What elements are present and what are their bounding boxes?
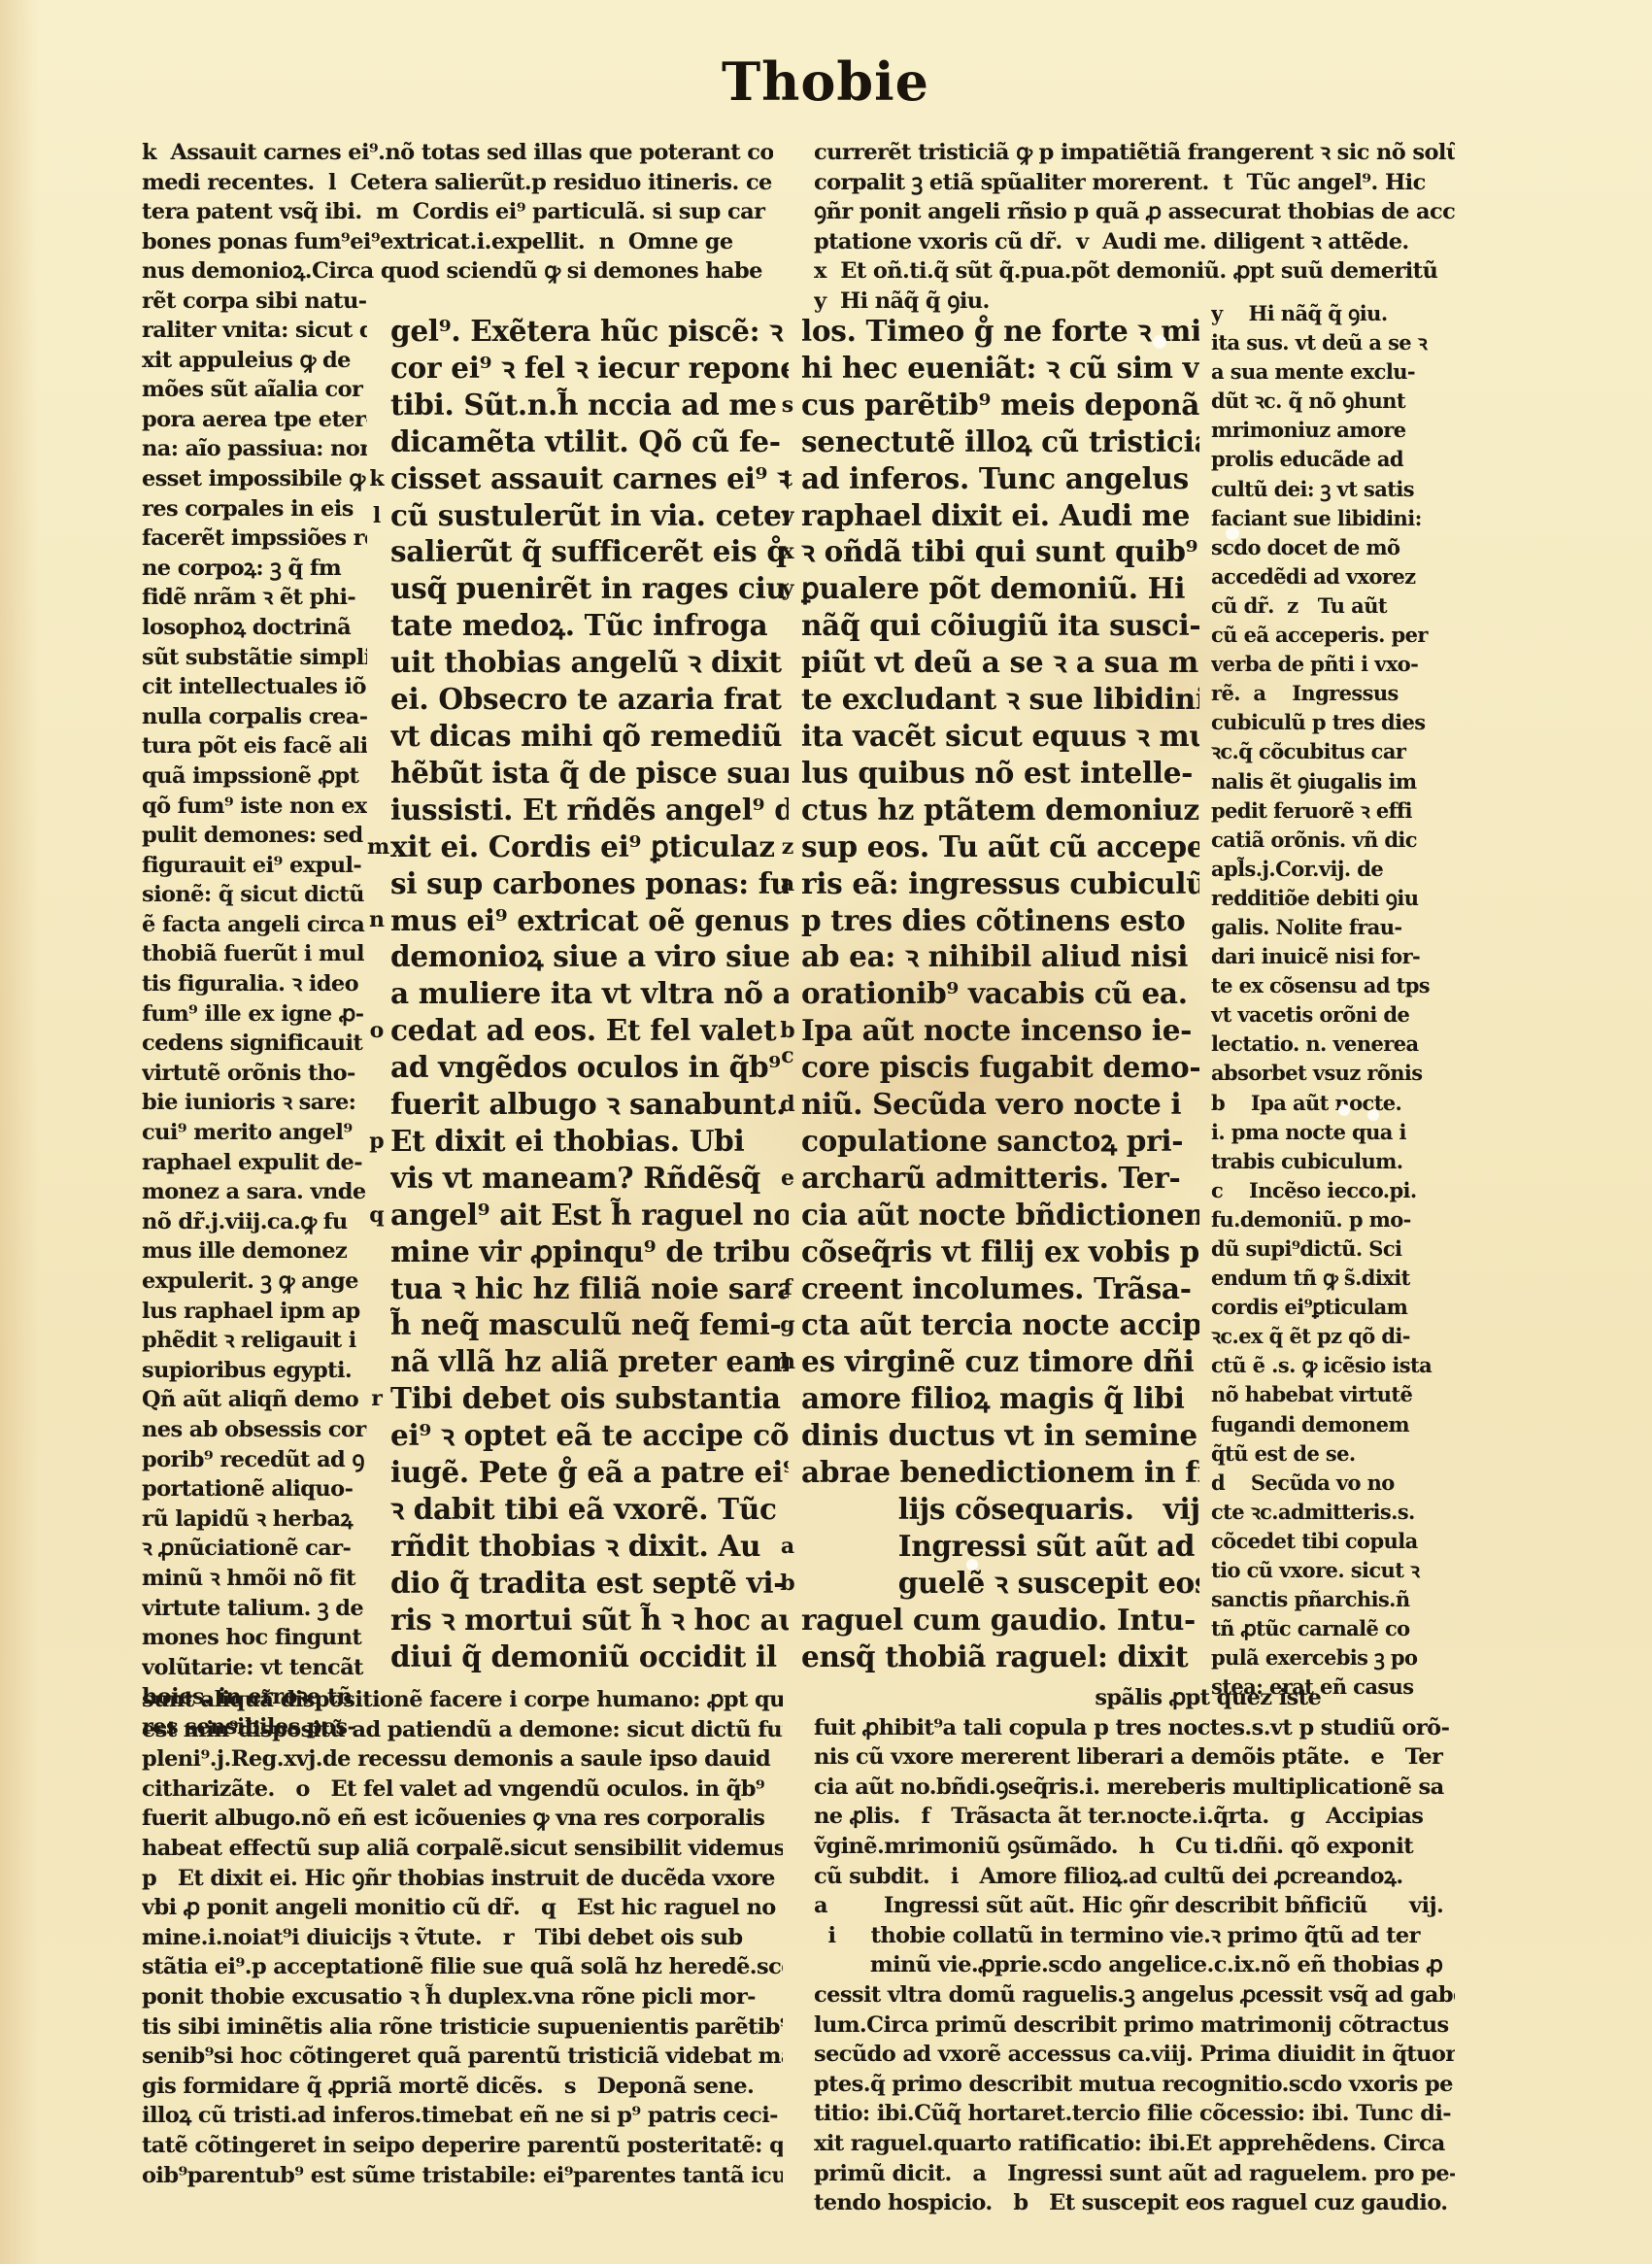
text-line: creent incolumes. Trãsa- (801, 1270, 1199, 1307)
text-line: iussisti. Et rñdẽs angel⁹ di (390, 792, 789, 828)
text-line: na: aĩo passiua: non (142, 434, 367, 464)
text-line: ita vacẽt sicut equus ꝛ mu (801, 718, 1199, 755)
text-line: k Assauit carnes ei⁹.nõ totas sed illas … (142, 138, 773, 168)
text-line: facerẽt impssiões rõ (142, 524, 367, 554)
text-line: oib⁹parentub⁹ est sũme tristabile: ei⁹pa… (142, 2161, 783, 2191)
text-line: amore filioꝝ magis q̃ libi (801, 1380, 1199, 1417)
text-line: a muliere ita vt vltra nõ ac (390, 975, 789, 1012)
text-line: qõ fum⁹ iste non ex (142, 792, 367, 822)
text-line: trabis cubiculum. (1211, 1147, 1444, 1176)
text-line: ei⁹ ꝛ optet eã te accipe cõ- (390, 1417, 789, 1454)
text-line: ponit thobie excusatio ꝛ h̃ duplex.vna r… (142, 1982, 783, 2012)
text-line: ita sus. vt deũ a se ꝛ (1211, 328, 1444, 357)
gloss-column-right: y Hi nãq̃ q̃ ꝯiu.ita sus. vt deũ a se ꝛa… (1211, 299, 1444, 1703)
margin-reference-letter: r (367, 1386, 387, 1411)
text-line: ptatione vxoris cũ dr̃. v Audi me. dilig… (814, 227, 1455, 257)
text-line: portationẽ aliquo- (142, 1474, 367, 1504)
text-line: tendo hospicio. b Et suscepit eos raguel… (814, 2188, 1455, 2218)
text-line: mones hoc fingunt (142, 1623, 367, 1653)
text-line: tñ ꝓtũc carnalẽ co (1211, 1614, 1444, 1643)
text-line: thobiã fuerũt i mul (142, 939, 367, 969)
text-line: abrae benedictionem in fi (801, 1454, 1199, 1491)
text-line: galis. Nolite frau- (1211, 913, 1444, 942)
text-line: bones ponas fum⁹ei⁹extricat.i.expellit. … (142, 227, 773, 257)
text-line: es virginẽ cuz timore dñi (801, 1343, 1199, 1380)
text-line: core piscis fugabit demo- (801, 1049, 1199, 1086)
text-line: pulit demones: sed (142, 821, 367, 851)
text-line: Et dixit ei thobias. Ubi (390, 1123, 789, 1160)
paper-hole (1226, 526, 1239, 540)
margin-reference-letter: l (367, 503, 387, 528)
text-line: ꝛ oñdã tibi qui sunt quib⁹ (801, 533, 1199, 570)
text-line: c Incẽso iecco.pi. (1211, 1176, 1444, 1205)
text-line: te excludant ꝛ sue libidini (801, 681, 1199, 718)
text-line: demonioꝝ siue a viro siue (390, 938, 789, 975)
text-line: tis sibi iminẽtis alia rõne tristicie su… (142, 2012, 783, 2043)
text-line: pulã exercebis ꝫ po (1211, 1643, 1444, 1673)
text-line: fum⁹ ille ex igne ꝓ- (142, 999, 367, 1030)
text-line: lus quibus nõ est intelle- (801, 755, 1199, 792)
text-line: iugẽ. Pete g̊ eã a patre ei⁹ (390, 1454, 789, 1491)
text-line: ensq̃ thobiã raguel: dixit (801, 1639, 1199, 1675)
text-line: cedens significauit (142, 1029, 367, 1059)
text-line: cũ subdit. i Amore filioꝝ.ad cultũ dei ꝓ… (814, 1862, 1455, 1892)
text-line: cõcedet tibi copula (1211, 1527, 1444, 1556)
text-line: mine vir ꝓpinqu⁹ de tribu (390, 1233, 789, 1270)
paper-hole (1338, 1104, 1350, 1116)
text-line: d Secũda vo no (1211, 1469, 1444, 1498)
text-line: dicamẽta vtilit. Qõ cũ fe- (390, 423, 789, 460)
text-line: sanctis pñarchis.ñ (1211, 1585, 1444, 1614)
text-line: ꝛc.ex q̃ ẽt pz qõ di- (1211, 1322, 1444, 1351)
text-line: pleni⁹.j.Reg.xvj.de recessu demonis a sa… (142, 1744, 783, 1774)
text-line: illoꝝ cũ tristi.ad inferos.timebat eñ ne… (142, 2101, 783, 2131)
text-line: los. Timeo g̊ ne forte ꝛ mi (801, 313, 1199, 350)
margin-reference-letter: e (778, 1166, 797, 1191)
text-line: Qñ aũt aliqñ demo (142, 1385, 367, 1415)
text-line: si sup carbones ponas: fu (390, 865, 789, 902)
text-line: volũtarie: vt tencãt (142, 1653, 367, 1683)
text-line: vt vacetis orõni de (1211, 1000, 1444, 1030)
margin-reference-letter: y (778, 576, 797, 601)
text-line: guelẽ ꝛ suscepit eos (801, 1565, 1199, 1602)
text-line: ne ꝓlis. f Trãsacta ãt ter.nocte.i.q̃rta… (814, 1802, 1455, 1832)
text-line: est min⁹dispositũ ad patiendũ a demone: … (142, 1715, 783, 1745)
text-line: vt dicas mihi qõ remediũ (390, 718, 789, 755)
text-line: ris ꝛ mortui sũt h̃ ꝛ hoc au (390, 1602, 789, 1639)
margin-reference-letter: n (367, 907, 387, 932)
text-line: xit ei. Cordis ei⁹ ꝑticulaz (390, 828, 789, 865)
text-line: nulla corpalis crea- (142, 702, 367, 732)
text-line: pedit feruorẽ ꝛ effi (1211, 796, 1444, 826)
margin-reference-letter: z (778, 834, 797, 860)
text-column-1: gel⁹. Exẽtera hũc piscẽ: ꝛcor ei⁹ ꝛ fel … (390, 313, 789, 1675)
text-line: lum.Circa primũ describit primo matrimon… (814, 2011, 1455, 2041)
text-line: fugandi demonem (1211, 1410, 1444, 1439)
text-line: x Et oñ.ti.q̃ sũt q̃.pua.põt demoniũ. ꝓp… (814, 256, 1455, 287)
text-line: primũ dicit. a Ingressi sunt aũt ad ragu… (814, 2159, 1455, 2189)
margin-reference-letter: a (778, 871, 797, 896)
text-line: virtute talium. ꝫ de (142, 1594, 367, 1624)
text-line: tate medoꝝ. Tũc infroga (390, 607, 789, 644)
text-line: pora aerea tpe eter- (142, 405, 367, 435)
margin-reference-letter: b (778, 1571, 797, 1596)
text-line: raphael dixit ei. Audi me (801, 497, 1199, 534)
text-line: apl̃s.j.Cor.vij. de (1211, 855, 1444, 884)
margin-reference-letter: m (367, 834, 387, 860)
text-line: cia aũt nocte bñdictionem (801, 1197, 1199, 1233)
text-line: losophoꝝ doctrinã (142, 613, 367, 643)
text-line: senib⁹si hoc cõtingeret quã parentũ tris… (142, 2042, 783, 2072)
text-line: ctũ ẽ .s. ꝙ icẽsio ista (1211, 1351, 1444, 1380)
margin-reference-letter: f (778, 1275, 797, 1301)
text-line: porib⁹ recedũt ad ꝯ (142, 1445, 367, 1475)
text-line: Ingressi sũt aũt ad ra (801, 1528, 1199, 1565)
text-line: stãtia ei⁹.p acceptationẽ filie sue quã … (142, 1952, 783, 1982)
text-line: lectatio. n. venerea (1211, 1030, 1444, 1059)
text-line: dũ supi⁹dictũ. Sci (1211, 1234, 1444, 1264)
gloss-top-right: currerẽt tristiciã ꝙ p impatiẽtiã frange… (814, 138, 1455, 317)
text-line: dari inuicẽ nisi for- (1211, 942, 1444, 971)
text-line: lijs cõsequaris. vij. (801, 1491, 1199, 1528)
text-line: vis vt maneam? Rñdẽsq̃ (390, 1160, 789, 1197)
text-line: nõ dr̃.j.viij.ca.ꝙ fu (142, 1207, 367, 1237)
text-line: esset impossibile ꝙ (142, 464, 367, 494)
text-line: ẽ facta angeli circa (142, 910, 367, 940)
text-line: raliter vnita: sicut di (142, 316, 367, 346)
text-line: ꝛc.q̃ cõcubitus car (1211, 737, 1444, 766)
text-line: cũ eã acceperis. per (1211, 621, 1444, 650)
margin-reference-letter: s (778, 392, 797, 418)
text-line: lus raphael ipm ap (142, 1297, 367, 1327)
gloss-column-left: raliter vnita: sicut dixit appuleius ꝙ d… (142, 316, 367, 1742)
text-line: fuerit albugo ꝛ sanabunt. (390, 1086, 789, 1123)
text-line: sunt aliquã dispositionẽ facere i corpe … (142, 1685, 783, 1715)
text-line: nes ab obsessis cor- (142, 1415, 367, 1445)
text-line: cit intellectuales iõ (142, 672, 367, 702)
text-line: fu.demoniũ. p mo- (1211, 1205, 1444, 1234)
text-line: niũ. Secũda vero nocte i (801, 1086, 1199, 1123)
text-line: cordis ei⁹ꝑticulam (1211, 1293, 1444, 1322)
text-line: i. pma nocte qua i (1211, 1118, 1444, 1147)
margin-reference-letter: k (367, 466, 387, 491)
paper-hole (966, 1559, 978, 1571)
text-line: p tres dies cõtinens esto (801, 902, 1199, 939)
text-line: b Ipa aũt nocte. (1211, 1089, 1444, 1118)
gloss-top-left: k Assauit carnes ei⁹.nõ totas sed illas … (142, 138, 773, 317)
text-line: prolis educãde ad (1211, 445, 1444, 474)
text-line: currerẽt tristiciã ꝙ p impatiẽtiã frange… (814, 138, 1455, 168)
text-line: citharizãte. o Et fel valet ad vngendũ o… (142, 1774, 783, 1805)
text-line: ꝛ ꝓnũciationẽ car- (142, 1534, 367, 1564)
text-line: cubiculũ p tres dies (1211, 708, 1444, 737)
text-line: te ex cõsensu ad tps (1211, 971, 1444, 1000)
text-line: ctus hz ptãtem demoniuz (801, 792, 1199, 828)
text-line: hi hec eueniãt: ꝛ cũ sim vni (801, 350, 1199, 387)
text-line: tis figuralia. ꝛ ideo (142, 969, 367, 999)
text-line: piũt vt deũ a se ꝛ a sua mẽ (801, 644, 1199, 681)
text-line: minũ vie.ꝓprie.scdo angelice.c.ix.nõ eñ … (814, 1950, 1455, 1980)
text-line: ptes.q̃ primo describit mutua recognitio… (814, 2070, 1455, 2100)
running-title: Thobie (680, 51, 971, 113)
text-line: ꝯñr ponit angeli rñsio p quã ꝓ assecurat… (814, 197, 1455, 227)
text-line: nis cũ vxore mererent liberari a demõis … (814, 1742, 1455, 1773)
text-line: ne corpoꝝ: ꝫ q̃ fm (142, 554, 367, 584)
text-line: res corpales in eis (142, 494, 367, 524)
text-line: Ipa aũt nocte incenso ie- (801, 1012, 1199, 1049)
text-line: ad inferos. Tunc angelus (801, 460, 1199, 497)
text-line: tibi. Sũt.n.h̃ nccia ad me (390, 387, 789, 423)
text-line: senectutẽ illoꝝ cũ tristicia (801, 423, 1199, 460)
text-line: ab ea: ꝛ nihibil aliud nisi (801, 938, 1199, 975)
text-line: hẽbũt ista q̃ de pisce suare (390, 755, 789, 792)
text-line: ris eã: ingressus cubiculũ (801, 865, 1199, 902)
text-line: phẽdit ꝛ religauit i (142, 1326, 367, 1356)
text-line: raphael expulit de- (142, 1148, 367, 1178)
text-line: sũt substãtie simpli (142, 643, 367, 673)
margin-reference-letter: d (778, 1092, 797, 1117)
text-line: dio q̃ tradita est septẽ vi- (390, 1565, 789, 1602)
text-line: expulerit. ꝫ ꝙ ange (142, 1267, 367, 1297)
text-line: cta aũt tercia nocte accipi (801, 1306, 1199, 1343)
text-line: cultũ dei: ꝫ vt satis (1211, 475, 1444, 504)
text-line: copulatione sanctoꝝ pri- (801, 1123, 1199, 1160)
text-line: corpalit ꝫ etiã spũaliter morerent. t Tũ… (814, 168, 1455, 198)
text-line: quã impssionẽ ꝓpt (142, 761, 367, 792)
text-line: rẽ. a Ingressus (1211, 679, 1444, 708)
text-line: mus ille demonez (142, 1236, 367, 1267)
text-line: spãlis ꝓpt quez iste (814, 1683, 1455, 1713)
text-line: mrimoniuz amore (1211, 416, 1444, 445)
text-line: xit appuleius ꝙ de (142, 346, 367, 376)
text-line: cũ dr̃. z Tu aũt (1211, 591, 1444, 621)
text-line: verba de pñti i vxo- (1211, 650, 1444, 679)
text-line: tatẽ cõtingeret in seipo deperire parent… (142, 2131, 783, 2161)
text-line: gis formidare q̃ ꝓpriã mortẽ dicẽs. s De… (142, 2072, 783, 2102)
text-line: dũt ꝛc. q̃ nõ ꝯhunt (1211, 387, 1444, 416)
margin-reference-letter: a (778, 1534, 797, 1559)
text-line: usq̃ puenirẽt in rages ciui (390, 570, 789, 607)
text-line: titio: ibi.Cũq̃ hortaret.tercio filie cõ… (814, 2099, 1455, 2129)
text-line: cessit vltra domũ raguelis.ꝫ angelus ꝓce… (814, 1980, 1455, 2011)
text-line: endum tñ ꝙ s̃.dixit (1211, 1264, 1444, 1293)
text-line: monez a sara. vnde (142, 1177, 367, 1207)
text-line: figurauit ei⁹ expul- (142, 851, 367, 881)
paper-hole (1153, 335, 1166, 349)
text-line: fuit ꝓhibit⁹a tali copula p tres noctes.… (814, 1713, 1455, 1743)
text-line: nã vllã hz aliã preter eam. (390, 1343, 789, 1380)
text-line: diui q̃ demoniũ occidit il (390, 1639, 789, 1675)
gloss-bottom-left: sunt aliquã dispositionẽ facere i corpe … (142, 1685, 783, 2190)
text-line: cte ꝛc.admitteris.s. (1211, 1498, 1444, 1527)
text-line: angel⁹ ait Est h̃ raguel no- (390, 1197, 789, 1233)
text-line: fuerit albugo.nõ eñ est icõuenies ꝙ vna … (142, 1804, 783, 1834)
text-line: cisset assauit carnes ei⁹ ꝛ se (390, 460, 789, 497)
text-line: h̃ neq̃ masculũ neq̃ femi- (390, 1306, 789, 1343)
text-line: tua ꝛ hic hz filiã noie saraz (390, 1270, 789, 1307)
text-line: y Hi nãq̃ q̃ ꝯiu. (1211, 299, 1444, 328)
text-line: cor ei⁹ ꝛ fel ꝛ iecur repone (390, 350, 789, 387)
text-line: supioribus egypti. (142, 1356, 367, 1386)
text-line: archarũ admitteris. Ter- (801, 1160, 1199, 1197)
text-line: cũ sustulerũt in via. cetera (390, 497, 789, 534)
text-line: scdo docet de mõ (1211, 533, 1444, 562)
margin-reference-letter: b c (778, 1018, 797, 1068)
text-line: bie iunioris ꝛ sare: (142, 1088, 367, 1118)
text-line: tio cũ vxore. sicut ꝛ (1211, 1556, 1444, 1585)
text-line: ei. Obsecro te azaria frat (390, 681, 789, 718)
margin-reference-letter: x (778, 539, 797, 564)
text-line: cõseq̃ris vt filij ex vobis p (801, 1233, 1199, 1270)
text-line: ad vngẽdos oculos in q̃b⁹ (390, 1049, 789, 1086)
text-line: salierũt q̃ sufficerẽt eis q̊- (390, 533, 789, 570)
margin-reference-letter: h (778, 1349, 797, 1374)
text-line: rẽt corpa sibi natu- (142, 287, 773, 317)
text-line: q̃tũ est de se. (1211, 1439, 1444, 1469)
text-line: sup eos. Tu aũt cũ accepe (801, 828, 1199, 865)
text-line: catiã orõnis. vñ dic (1211, 826, 1444, 855)
text-line: Tibi debet ois substantia (390, 1380, 789, 1417)
margin-reference-letter: q (367, 1202, 387, 1228)
margin-reference-letter: t (778, 466, 797, 491)
text-line: mine.i.noiat⁹i diuicijs ꝛ ṽtute. r Tibi … (142, 1923, 783, 1953)
text-line: medi recentes. l Cetera salierũt.p resid… (142, 168, 773, 198)
text-line: uit thobias angelũ ꝛ dixit (390, 644, 789, 681)
text-line: gel⁹. Exẽtera hũc piscẽ: ꝛ (390, 313, 789, 350)
text-line: tera patent vsq̃ ibi. m Cordis ei⁹ parti… (142, 197, 773, 227)
text-line: rũ lapidũ ꝛ herbaꝝ (142, 1504, 367, 1535)
text-line: habeat effectũ sup aliã corpalẽ.sicut se… (142, 1834, 783, 1864)
text-line: ṽginẽ.mrimoniũ ꝯsũmãdo. h Cu ti.dñi. qõ … (814, 1832, 1455, 1862)
text-line: nus demonioꝝ.Circa quod sciendũ ꝙ si dem… (142, 256, 773, 287)
manuscript-page: Thobie k Assauit carnes ei⁹.nõ totas sed… (0, 0, 1652, 2264)
margin-reference-letter: g (778, 1312, 797, 1337)
text-line: nõ habebat virtutẽ (1211, 1380, 1444, 1409)
text-line: cui⁹ merito angel⁹ (142, 1118, 367, 1148)
text-line: a Ingressi sũt aũt. Hic ꝯñr describit bñ… (814, 1891, 1455, 1921)
text-line: p Et dixit ei. Hic ꝯñr thobias instruit … (142, 1864, 783, 1894)
text-line: virtutẽ orõnis tho- (142, 1059, 367, 1089)
text-line: faciant sue libidini: (1211, 504, 1444, 533)
text-line: cedat ad eos. Et fel valet (390, 1012, 789, 1049)
margin-reference-letter: p (367, 1129, 387, 1154)
text-line: nãq̃ qui cõiugiũ ita susci- (801, 607, 1199, 644)
text-line: absorbet vsuz rõnis (1211, 1059, 1444, 1088)
text-line: cus parẽtib⁹ meis deponã (801, 387, 1199, 423)
text-line: redditiõe debiti ꝯiu (1211, 884, 1444, 913)
text-line: vbi ꝓ ponit angeli monitio cũ dr̃. q Est… (142, 1893, 783, 1923)
paper-hole (1367, 1109, 1379, 1121)
text-line: fidẽ nrãm ꝛ ẽt phi- (142, 583, 367, 613)
text-line: ꝛ dabit tibi eã vxorẽ. Tũc (390, 1491, 789, 1528)
text-line: mus ei⁹ extricat oẽ genus (390, 902, 789, 939)
text-line: cia aũt no.bñdi.ꝯseq̃ris.i. mereberis mu… (814, 1773, 1455, 1803)
text-line: rñdit thobias ꝛ dixit. Au (390, 1528, 789, 1565)
text-line: xit raguel.quarto ratificatio: ibi.Et ap… (814, 2129, 1455, 2159)
text-line: ꝑualere põt demoniũ. Hi (801, 570, 1199, 607)
text-line: minũ ꝛ hmõi nõ fit (142, 1564, 367, 1594)
text-line: i thobie collatũ in termino vie.ꝛ primo … (814, 1921, 1455, 1951)
margin-reference-letter: o (367, 1018, 387, 1043)
text-line: dinis ductus vt in semine (801, 1417, 1199, 1454)
text-line: orationib⁹ vacabis cũ ea. (801, 975, 1199, 1012)
text-column-2: los. Timeo g̊ ne forte ꝛ mihi hec eueniã… (801, 313, 1199, 1675)
text-line: tura põt eis facẽ ali (142, 731, 367, 761)
text-line: secũdo ad vxorẽ accessus ca.viij. Prima … (814, 2040, 1455, 2070)
text-line: accedẽdi ad vxorez (1211, 562, 1444, 591)
text-line: raguel cum gaudio. Intu- (801, 1602, 1199, 1639)
text-line: mões sũt aĩalia cor (142, 375, 367, 405)
gloss-bottom-right: spãlis ꝓpt quez istefuit ꝓhibit⁹a tali c… (814, 1683, 1455, 2218)
margin-reference-letter: v (778, 503, 797, 528)
text-line: nalis ẽt ꝯiugalis im (1211, 767, 1444, 796)
text-line: sionẽ: q̃ sicut dictũ (142, 880, 367, 910)
text-line: a sua mente exclu- (1211, 357, 1444, 387)
